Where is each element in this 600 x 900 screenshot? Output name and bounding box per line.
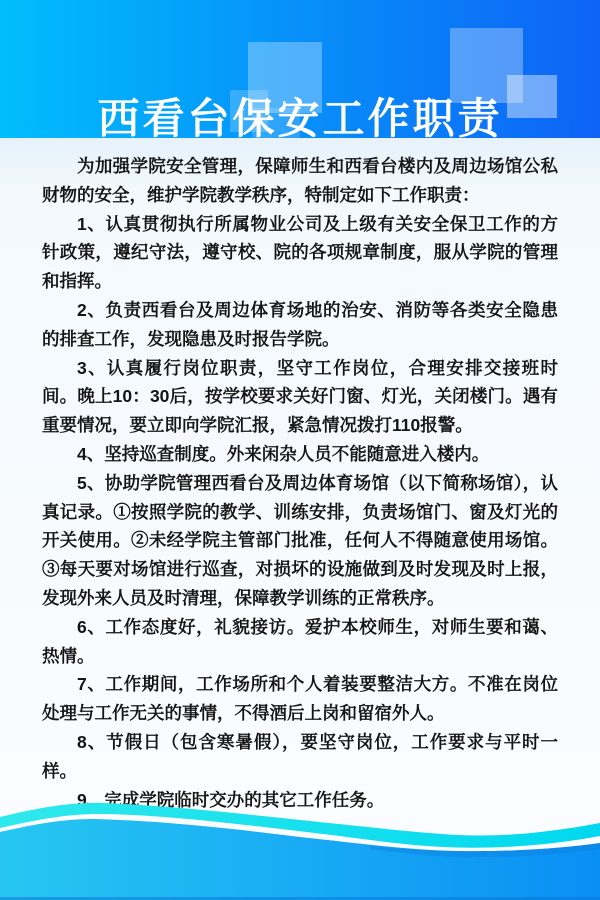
- intro-paragraph: 为加强学院安全管理，保障师生和西看台楼内及周边场馆公私财物的安全，维护学院教学秩…: [42, 152, 558, 210]
- duty-item: 4、坚持巡查制度。外来闲杂人员不能随意进入楼内。: [42, 440, 558, 469]
- duty-item: 8、节假日（包含寒暑假），要坚守岗位，工作要求与平时一样。: [42, 728, 558, 786]
- duty-item: 5、协助学院管理西看台及周边体育场馆（以下简称场馆），认真记录。①按照学院的教学…: [42, 469, 558, 613]
- duty-item: 2、负责西看台及周边体育场地的治安、消防等各类安全隐患的排查工作，发现隐患及时报…: [42, 296, 558, 354]
- duty-item: 6、工作态度好，礼貌接访。爱护本校师生，对师生要和蔼、热情。: [42, 613, 558, 671]
- duty-item: 1、认真贯彻执行所属物业公司及上级有关安全保卫工作的方针政策，遵纪守法，遵守校、…: [42, 210, 558, 296]
- duty-item: 7、工作期间，工作场所和个人着装要整洁大方。不准在岗位处理与工作无关的事情，不得…: [42, 670, 558, 728]
- duties-text: 为加强学院安全管理，保障师生和西看台楼内及周边场馆公私财物的安全，维护学院教学秩…: [42, 152, 558, 814]
- page-title: 西看台保安工作职责: [0, 98, 600, 138]
- footer-wave: [0, 780, 600, 900]
- header-banner: 西看台保安工作职责: [0, 0, 600, 138]
- security-duties-poster: 西看台保安工作职责 为加强学院安全管理，保障师生和西看台楼内及周边场馆公私财物的…: [0, 0, 600, 900]
- duty-item: 3、认真履行岗位职责，坚守工作岗位，合理安排交接班时间。晚上10：30后，按学校…: [42, 354, 558, 440]
- wave-graphic: [0, 780, 600, 900]
- duty-list: 1、认真贯彻执行所属物业公司及上级有关安全保卫工作的方针政策，遵纪守法，遵守校、…: [42, 210, 558, 815]
